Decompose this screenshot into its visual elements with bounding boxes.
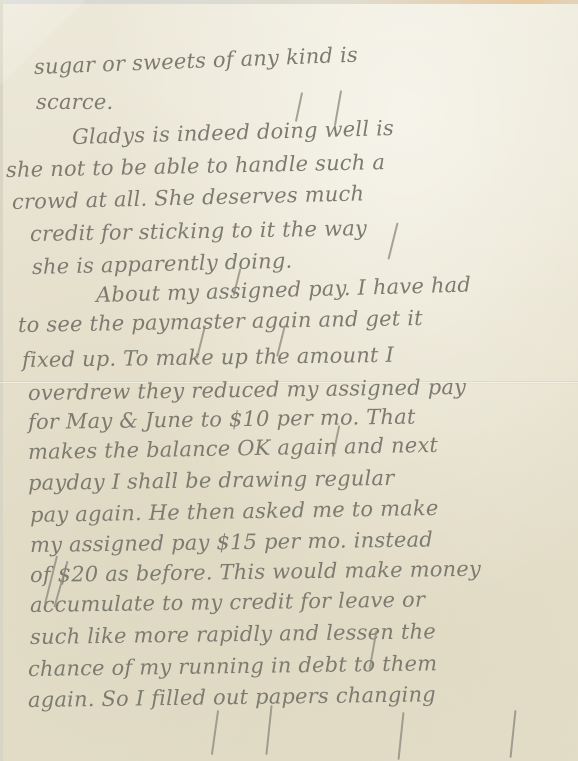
letter-line: accumulate to my credit for leave or <box>30 587 425 617</box>
letter-line: she not to be able to handle such a <box>6 150 386 182</box>
letter-line: fixed up. To make up the amount I <box>22 343 394 372</box>
letter-line: of $20 as before. This would make money <box>30 557 481 587</box>
letter-line: scarce. <box>36 90 113 114</box>
pen-stroke-descender <box>397 712 404 760</box>
letter-line: my assigned pay $15 per mo. instead <box>30 527 433 557</box>
letter-line: chance of my running in debt to them <box>28 651 438 681</box>
pen-stroke-descender <box>509 710 516 758</box>
letter-line: sugar or sweets of any kind is <box>34 43 359 79</box>
pen-stroke-descender <box>211 710 219 755</box>
letter-line: About my assigned pay. I have had <box>96 273 472 307</box>
letter-line: overdrew they reduced my assigned pay <box>28 375 466 405</box>
letter-page: sugar or sweets of any kind is scarce. G… <box>0 0 578 761</box>
pen-stroke-descender <box>265 705 272 755</box>
handwritten-text: sugar or sweets of any kind is scarce. G… <box>0 0 578 761</box>
letter-line: pay again. He then asked me to make <box>30 496 439 527</box>
letter-line: credit for sticking to it the way <box>30 216 367 246</box>
letter-line: again. So I filled out papers changing <box>28 682 436 712</box>
letter-line: makes the balance OK again and next <box>28 433 438 464</box>
letter-line: for May & June to $10 per mo. That <box>28 405 416 434</box>
letter-line: payday I shall be drawing regular <box>28 466 395 495</box>
letter-line: to see the paymaster again and get it <box>18 306 423 337</box>
letter-line: Gladys is indeed doing well is <box>72 116 395 149</box>
letter-line: she is apparently doing. <box>32 249 293 279</box>
letter-line: crowd at all. She deserves much <box>12 181 365 214</box>
pen-stroke-descender <box>295 92 303 122</box>
pen-stroke-descender <box>387 222 398 259</box>
